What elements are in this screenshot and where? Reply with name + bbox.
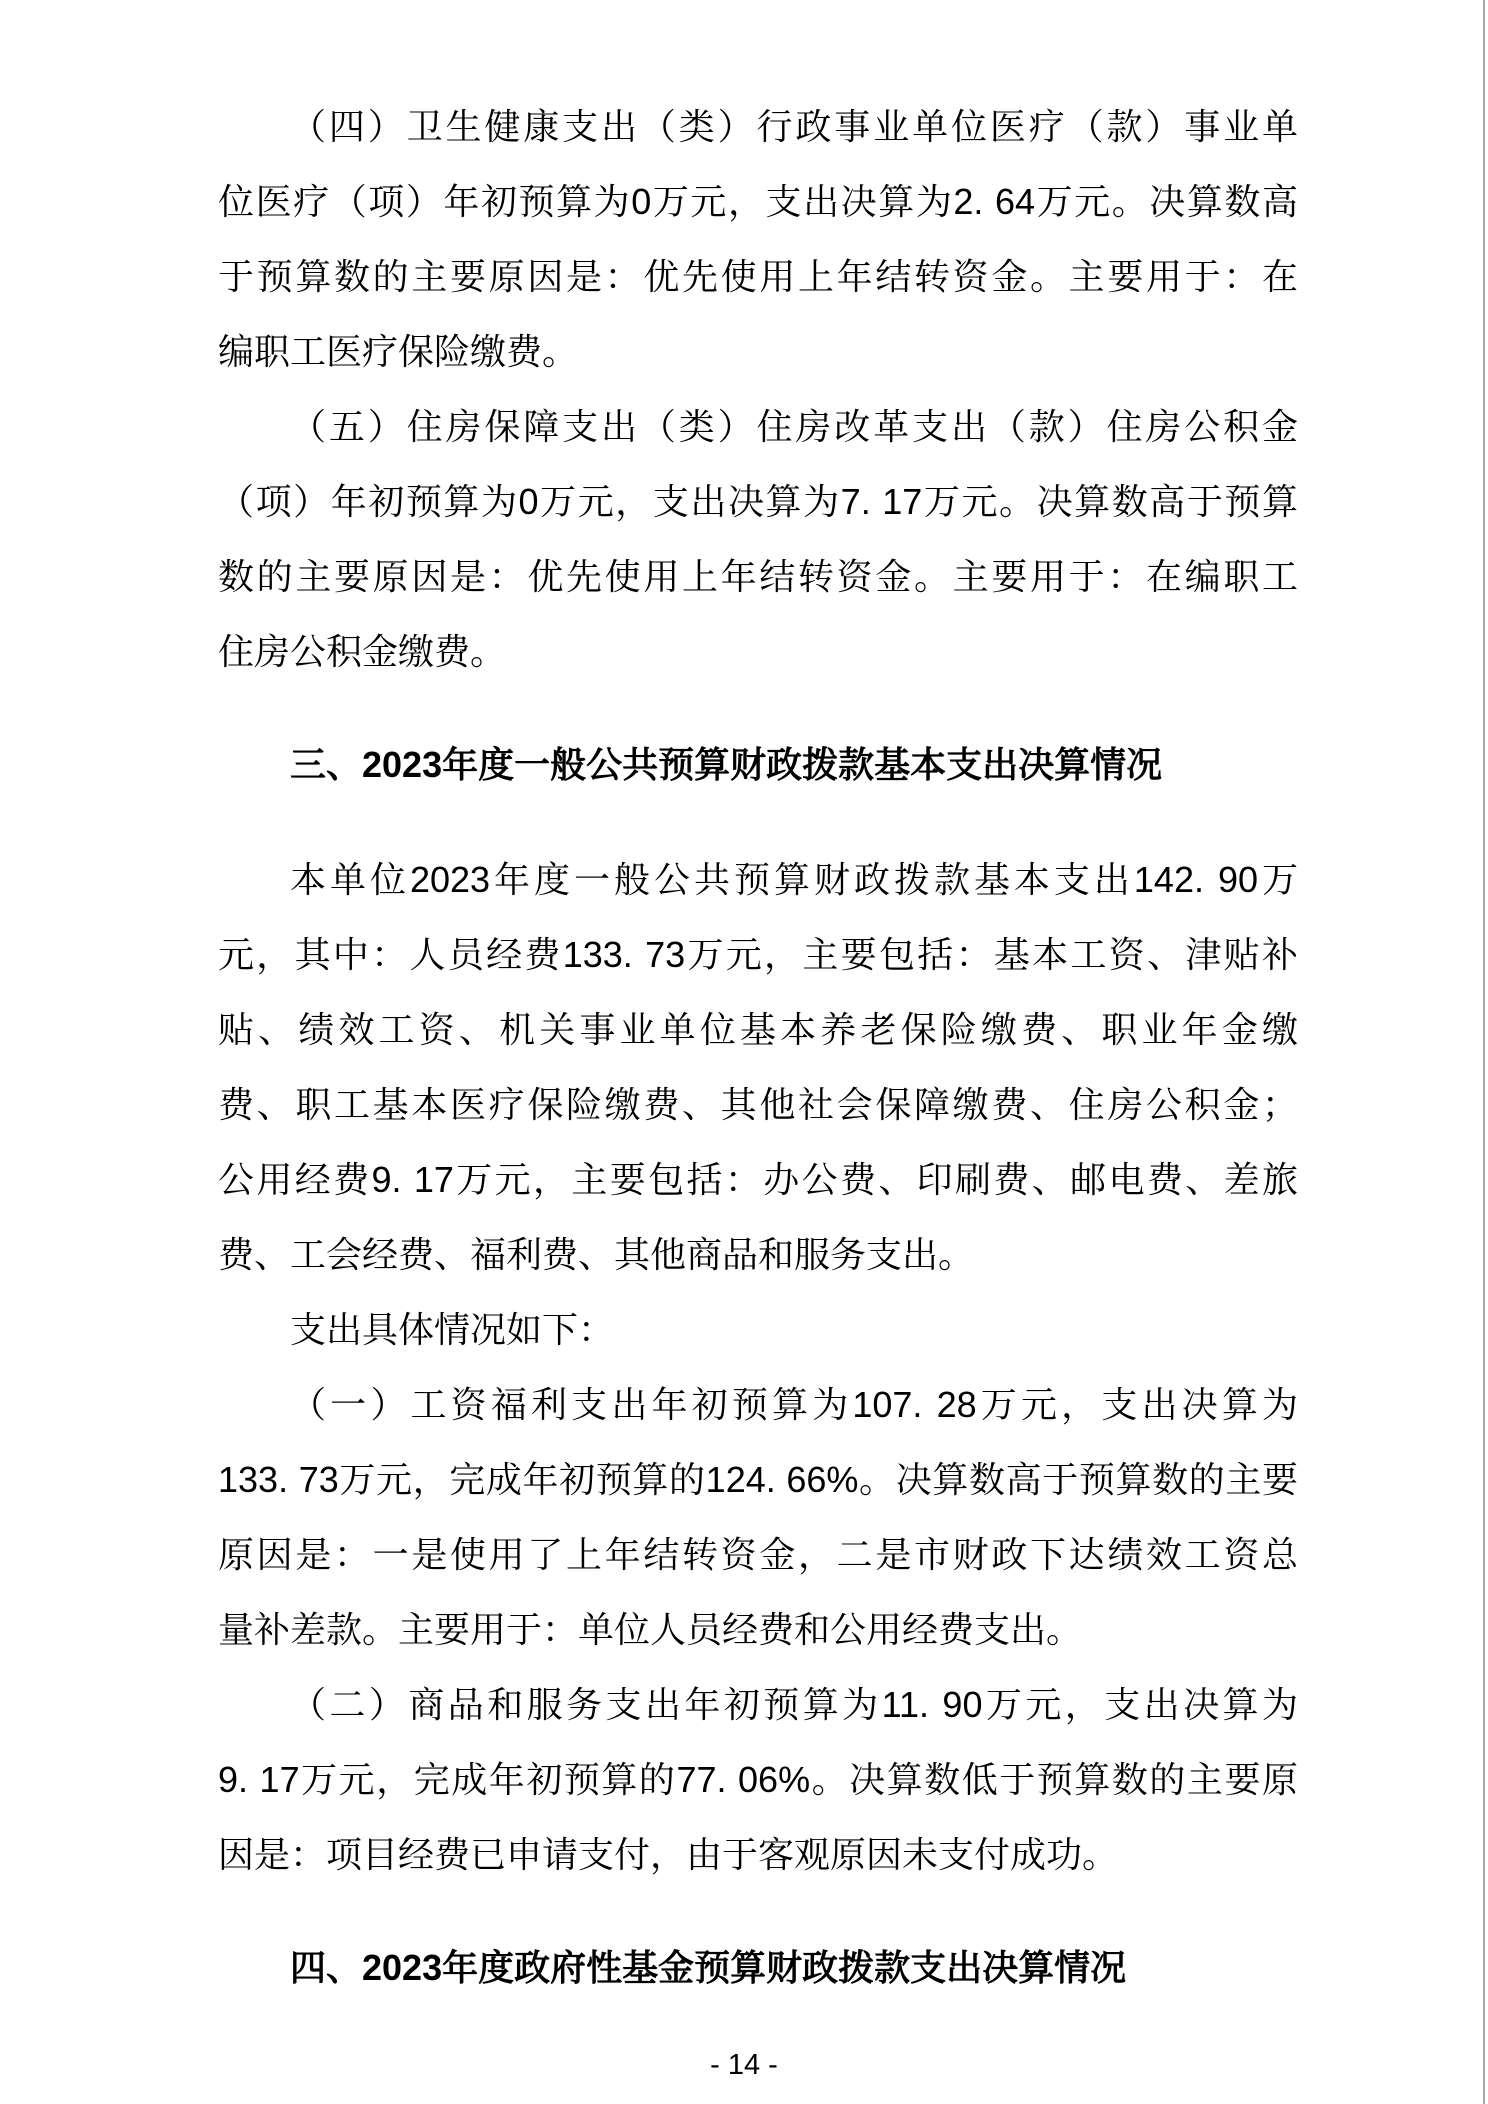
section-heading: 三、2023年度一般公共预算财政拨款基本支出决算情况	[218, 727, 1298, 802]
text-line: （二）商品和服务支出年初预算为11. 90万元，支出决算为	[218, 1667, 1298, 1742]
paragraph: （一）工资福利支出年初预算为107. 28万元，支出决算为133. 73万元，完…	[218, 1367, 1298, 1667]
text-line: 费、职工基本医疗保险缴费、其他社会保障缴费、住房公积金；	[218, 1067, 1298, 1142]
text-line: 量补差款。主要用于：单位人员经费和公用经费支出。	[218, 1592, 1298, 1667]
text-line: 公用经费9. 17万元，主要包括：办公费、印刷费、邮电费、差旅	[218, 1142, 1298, 1217]
text-line: 住房公积金缴费。	[218, 614, 1298, 689]
text-line: 三、2023年度一般公共预算财政拨款基本支出决算情况	[218, 727, 1298, 802]
scan-edge-line	[1483, 0, 1485, 2104]
text-line: 因是：项目经费已申请支付，由于客观原因未支付成功。	[218, 1817, 1298, 1892]
page-number: - 14 -	[0, 2045, 1488, 2085]
text-line: 费、工会经费、福利费、其他商品和服务支出。	[218, 1217, 1298, 1292]
text-line: 133. 73万元，完成年初预算的124. 66%。决算数高于预算数的主要	[218, 1442, 1298, 1517]
text-line: （五）住房保障支出（类）住房改革支出（款）住房公积金	[218, 389, 1298, 464]
document-body: （四）卫生健康支出（类）行政事业单位医疗（款）事业单位医疗（项）年初预算为0万元…	[218, 89, 1298, 2045]
text-line: （项）年初预算为0万元，支出决算为7. 17万元。决算数高于预算	[218, 464, 1298, 539]
paragraph: （二）商品和服务支出年初预算为11. 90万元，支出决算为9. 17万元，完成年…	[218, 1667, 1298, 1892]
paragraph: 支出具体情况如下：	[218, 1292, 1298, 1367]
text-line: 支出具体情况如下：	[218, 1292, 1298, 1367]
text-line: 9. 17万元，完成年初预算的77. 06%。决算数低于预算数的主要原	[218, 1742, 1298, 1817]
text-line: 本单位2023年度一般公共预算财政拨款基本支出142. 90万	[218, 842, 1298, 917]
text-line: 四、2023年度政府性基金预算财政拨款支出决算情况	[218, 1930, 1298, 2005]
text-line: 位医疗（项）年初预算为0万元，支出决算为2. 64万元。决算数高	[218, 164, 1298, 239]
text-line: 编职工医疗保险缴费。	[218, 314, 1298, 389]
section-heading: 四、2023年度政府性基金预算财政拨款支出决算情况	[218, 1930, 1298, 2005]
text-line: 贴、绩效工资、机关事业单位基本养老保险缴费、职业年金缴	[218, 992, 1298, 1067]
document-page: （四）卫生健康支出（类）行政事业单位医疗（款）事业单位医疗（项）年初预算为0万元…	[0, 0, 1488, 2104]
text-line: 元，其中：人员经费133. 73万元，主要包括：基本工资、津贴补	[218, 917, 1298, 992]
text-line: （四）卫生健康支出（类）行政事业单位医疗（款）事业单	[218, 89, 1298, 164]
text-line: 于预算数的主要原因是：优先使用上年结转资金。主要用于：在	[218, 239, 1298, 314]
text-line: 原因是：一是使用了上年结转资金，二是市财政下达绩效工资总	[218, 1517, 1298, 1592]
paragraph: 本单位2023年度一般公共预算财政拨款基本支出142. 90万元，其中：人员经费…	[218, 842, 1298, 1292]
paragraph: （四）卫生健康支出（类）行政事业单位医疗（款）事业单位医疗（项）年初预算为0万元…	[218, 89, 1298, 389]
paragraph: （五）住房保障支出（类）住房改革支出（款）住房公积金（项）年初预算为0万元，支出…	[218, 389, 1298, 689]
text-line: （一）工资福利支出年初预算为107. 28万元，支出决算为	[218, 1367, 1298, 1442]
text-line: 数的主要原因是：优先使用上年结转资金。主要用于：在编职工	[218, 539, 1298, 614]
